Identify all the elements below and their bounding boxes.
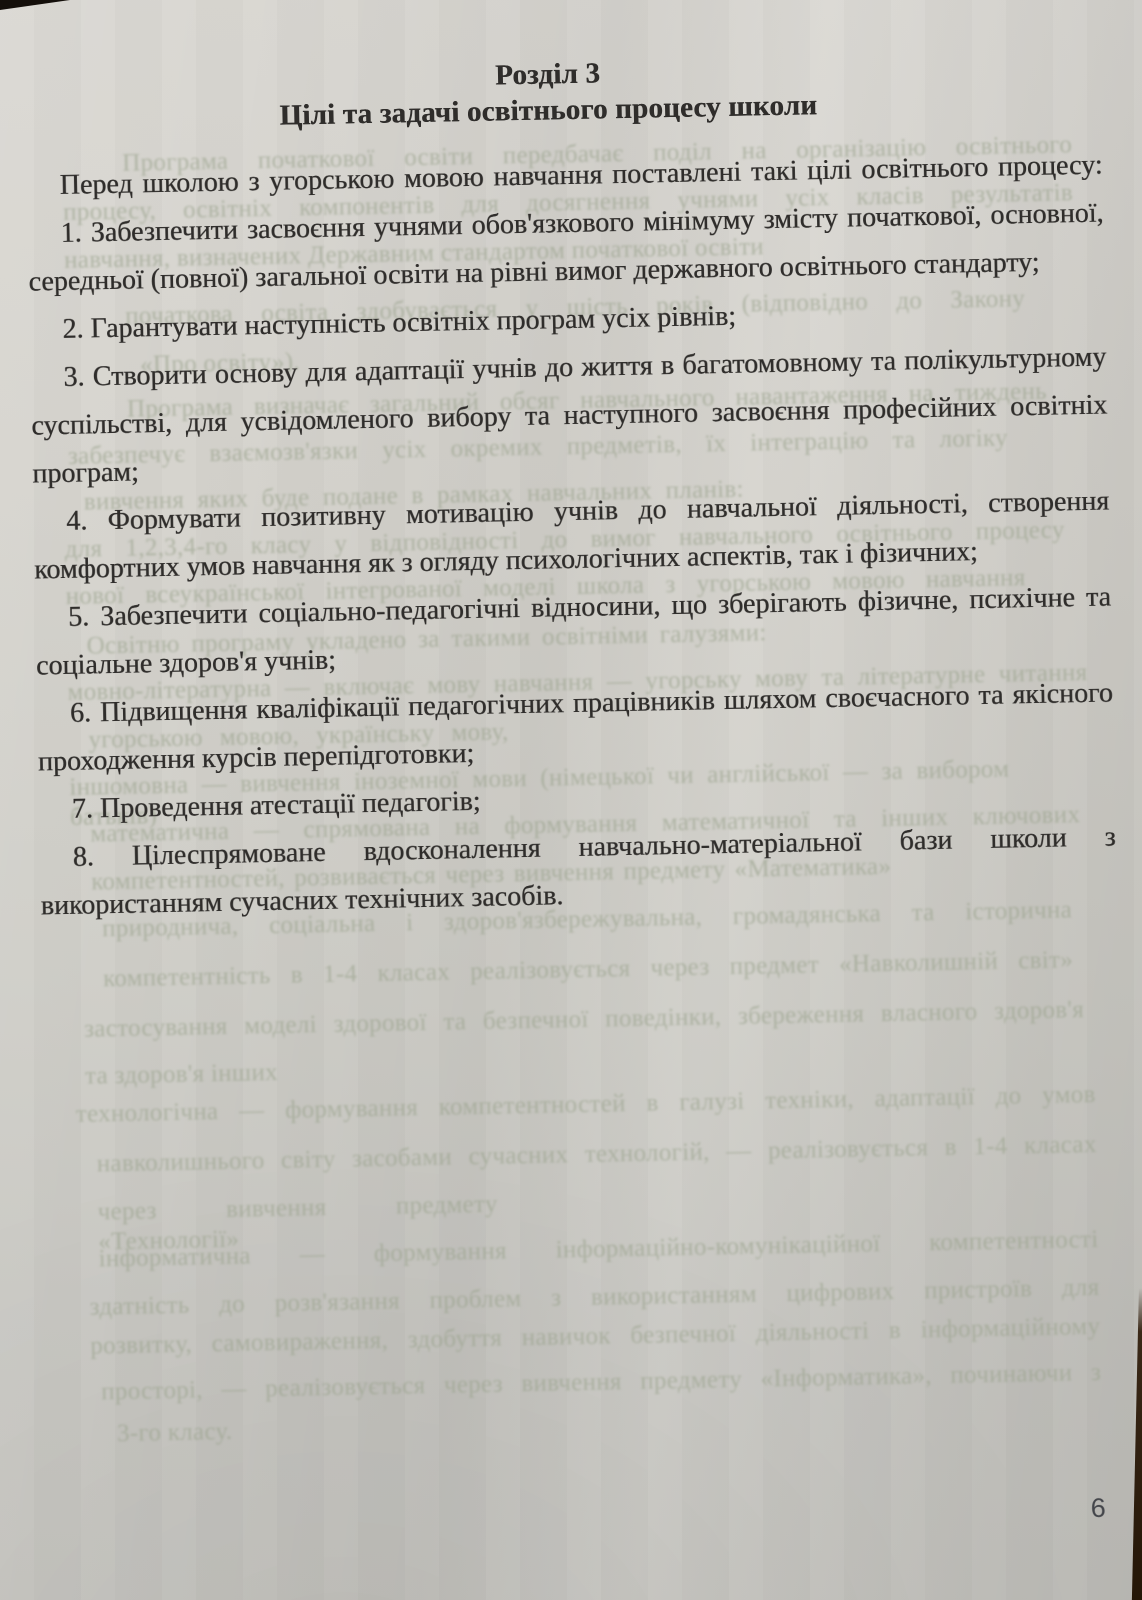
bleed-through-line: застосування моделі здорової та безпечно…: [84, 995, 1084, 1045]
bleed-through-line: та здоров'я інших: [85, 1058, 278, 1092]
bleed-through-line: розвитку, самовираження, здобуття навичо…: [90, 1312, 1100, 1362]
bleed-through-line: через вивчення предмету «Технології»: [97, 1190, 498, 1258]
document-body: Перед школою з угорською мовою навчання …: [26, 142, 1117, 931]
bleed-through-line: навколишнього світу засобами сучасних те…: [97, 1130, 1097, 1180]
bleed-through-line: технологічна — формування компетентносте…: [76, 1080, 1096, 1130]
page-number: 6: [1090, 1493, 1106, 1524]
bleed-through-line: 3-го класу.: [117, 1417, 233, 1449]
bleed-through-line: компетентність в 1-4 класах реалізовуєть…: [103, 945, 1073, 994]
bleed-through-line: здатність до розв'язання проблем з викор…: [89, 1273, 1099, 1323]
photo-background: Програма початкової освіти передбачає по…: [0, 0, 1142, 1600]
headings: Розділ 3 Цілі та задачі освітнього проце…: [9, 46, 1086, 139]
bleed-through-line: інформатична — формування інформаційно-к…: [98, 1225, 1098, 1275]
page-content: Програма початкової освіти передбачає по…: [24, 46, 1130, 1587]
scanned-page: Програма початкової освіти передбачає по…: [0, 0, 1142, 1600]
bleed-through-line: просторі, — реалізовується через вивченн…: [101, 1358, 1101, 1408]
